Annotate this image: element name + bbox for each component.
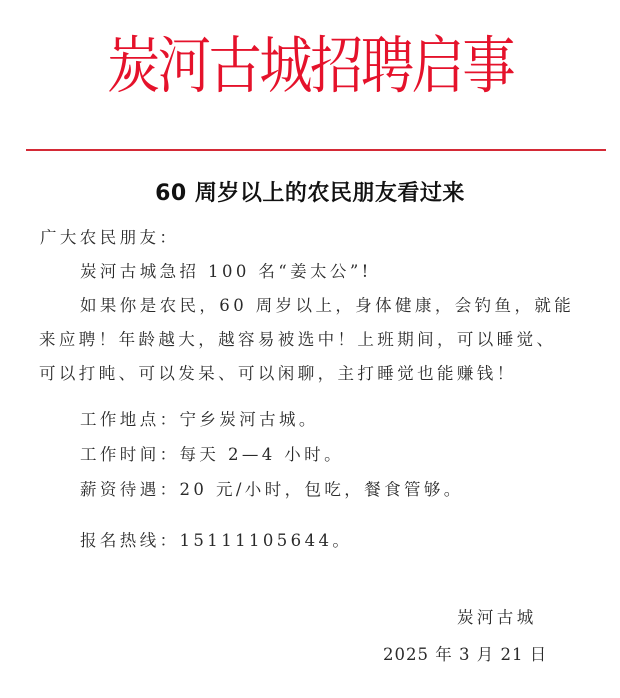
salutation: 广大农民朋友： bbox=[40, 227, 179, 249]
paragraph-requirements-line1: 如果你是农民，60 周岁以上，身体健康，会钓鱼，就能 bbox=[80, 295, 574, 317]
headline: 炭河古城招聘启事 bbox=[43, 26, 576, 106]
hotline: 报名热线：15111105644。 bbox=[80, 530, 352, 552]
paragraph-requirements-line3: 可以打盹、可以发呆、可以闲聊，主打睡觉也能赚钱！ bbox=[39, 363, 517, 385]
subtitle: 60 周岁以上的农民朋友看过来 bbox=[0, 178, 620, 210]
signature-org: 炭河古城 bbox=[457, 607, 537, 629]
red-divider bbox=[26, 149, 606, 151]
signature-date: 2025 年 3 月 21 日 bbox=[383, 644, 547, 666]
work-location: 工作地点：宁乡炭河古城。 bbox=[80, 409, 319, 431]
paragraph-requirements-line2: 来应聘！年龄越大，越容易被选中！上班期间，可以睡觉、 bbox=[39, 329, 556, 351]
recruitment-notice: 炭河古城招聘启事 60 周岁以上的农民朋友看过来 广大农民朋友： 炭河古城急招 … bbox=[0, 0, 620, 698]
paragraph-intro: 炭河古城急招 100 名“姜太公”! bbox=[80, 261, 372, 283]
work-hours: 工作时间：每天 2—4 小时。 bbox=[80, 444, 344, 466]
salary: 薪资待遇：20 元/小时，包吃，餐食管够。 bbox=[80, 479, 464, 501]
